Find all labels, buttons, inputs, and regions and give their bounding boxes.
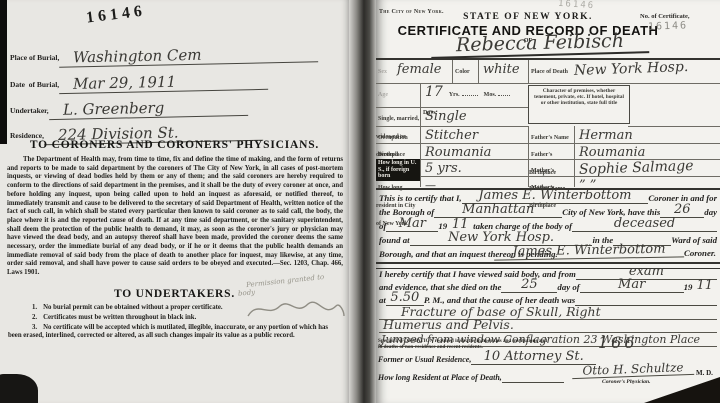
blank-cell bbox=[628, 107, 720, 127]
color-label: Color bbox=[453, 68, 472, 76]
marital-value-cell: Single bbox=[420, 107, 529, 127]
sex-value: female bbox=[393, 62, 441, 77]
undertakers-item-3: 3.No certificate will be accepted which … bbox=[8, 324, 342, 342]
page-fold bbox=[349, 0, 376, 403]
howlong-resident-row: How long Resident at Place of Death, bbox=[378, 370, 564, 383]
mother-name-value-cell: Sophie Salmage bbox=[574, 159, 720, 177]
age-label: Age bbox=[376, 91, 390, 99]
coroner-title: Coroner. bbox=[684, 248, 716, 259]
printed-text: 19 bbox=[684, 282, 693, 293]
nyc-resident-label-cell: How long resident in City of New York bbox=[376, 176, 420, 187]
date-of-burial-label: Date of Burial, bbox=[10, 80, 59, 92]
father-name-label-cell: Father's Name bbox=[528, 126, 575, 144]
occupation-value-cell: Stitcher bbox=[420, 126, 529, 144]
item-text: No certificate will be accepted which is… bbox=[8, 324, 328, 340]
burial-field-row: Place of Burial, Washington Cem bbox=[10, 46, 318, 65]
character-of-premises-box: Character of premises, whether tenement,… bbox=[528, 85, 630, 124]
occupation-value: Stitcher bbox=[421, 128, 478, 143]
item-text: Certificates must be written throughout … bbox=[43, 314, 196, 321]
color-value: white bbox=[479, 62, 520, 77]
burial-field-row: Undertaker, L. Greenberg bbox=[10, 99, 248, 118]
coroner-signature-block: James E. Winterbottom Coroner. bbox=[494, 243, 716, 259]
certificate-number-label: No. of Certificate, bbox=[640, 13, 689, 20]
faint-number-stamp: 16146 bbox=[558, 0, 596, 11]
pencil-scrawl-signature bbox=[246, 296, 346, 322]
borough-handwritten: Manhattan bbox=[434, 202, 562, 218]
undertaker-value: L. Greenberg bbox=[49, 97, 248, 120]
sex-cell: Sex female bbox=[376, 60, 452, 84]
left-page: 16146 Place of Burial, Washington Cem Da… bbox=[0, 0, 349, 403]
place-of-death-label-cell: Place of Death bbox=[528, 60, 571, 84]
age-mos-label: Mos. bbox=[482, 91, 499, 99]
cause-of-death-line: Humerus and Pelvis. bbox=[379, 320, 717, 334]
coroners-instructions-text: The Department of Health may, from time … bbox=[7, 156, 343, 278]
state-of-new-york-heading: STATE OF NEW YORK. bbox=[406, 12, 650, 22]
md-label: M. D. bbox=[696, 369, 713, 377]
binding-shadow-blob bbox=[0, 374, 38, 403]
item-number: 2. bbox=[32, 314, 37, 321]
physician-cert-line: and evidence, that she died on the 25 da… bbox=[379, 280, 717, 293]
item-number: 1. bbox=[32, 304, 37, 311]
coroners-heading: TO CORONERS AND CORONERS' PHYSICIANS. bbox=[0, 139, 349, 151]
case-number-handwritten: 166 bbox=[598, 333, 638, 352]
birthplace-label-cell: Birthplace bbox=[376, 143, 420, 160]
physician-signature-block: Otto H. Schultze bbox=[572, 361, 694, 377]
item-text: No burial permit can be obtained without… bbox=[43, 304, 222, 311]
age-value-cell: 17 Yrs. Mos. Days bbox=[420, 83, 529, 108]
occupation-label-cell: Occupation bbox=[376, 126, 420, 144]
blank-cell bbox=[628, 83, 720, 107]
age-yrs-label: Yrs. bbox=[447, 91, 462, 99]
physician-certification: I hereby certify that I have viewed said… bbox=[379, 267, 717, 347]
decedent-name: Rebecca Feibisch bbox=[431, 29, 650, 59]
color-label-cell: Color bbox=[452, 60, 479, 84]
father-name-value-cell: Herman bbox=[574, 126, 720, 144]
marital-label-cell: Single, married, widowed or divorced bbox=[376, 107, 420, 127]
place-of-death-value-cell: New York Hosp. bbox=[570, 60, 720, 84]
mother-name-label-cell: Mother's Maiden Name bbox=[528, 159, 575, 177]
certificate-number-stamp: 16146 bbox=[85, 2, 147, 27]
former-residence-label: Former or Usual Residence, bbox=[378, 355, 471, 365]
age-label-cell: Age bbox=[376, 83, 420, 108]
occupation-label: Occupation bbox=[376, 134, 410, 142]
place-of-burial-label: Place of Burial, bbox=[10, 53, 59, 65]
father-birthplace-value: Roumania bbox=[575, 145, 645, 160]
place-of-burial-value: Washington Cem bbox=[59, 43, 318, 67]
death-day-handwritten: 25 bbox=[501, 277, 557, 293]
certificate-number-value: 16146 bbox=[648, 20, 688, 32]
age-value: 17 bbox=[421, 84, 443, 100]
cause-of-death-text: Humerus and Pelvis. bbox=[379, 317, 514, 332]
date-of-burial-value: Mar 29, 1911 bbox=[59, 71, 268, 94]
printed-text: of bbox=[379, 221, 386, 232]
father-name-label: Father's Name bbox=[529, 134, 571, 142]
father-name-value: Herman bbox=[575, 128, 633, 143]
right-page: The City of New York. STATE OF NEW YORK.… bbox=[376, 0, 720, 403]
howlong-blank bbox=[502, 372, 564, 383]
body-of-handwritten: deceased bbox=[572, 216, 717, 232]
death-month-handwritten: Mar bbox=[580, 277, 684, 293]
scan-corner-shadow bbox=[644, 377, 720, 403]
vital-statistics-grid: Sex female Color white Place of Death Ne… bbox=[376, 58, 720, 190]
marital-status-value: Single bbox=[421, 109, 467, 124]
place-of-death-label: Place of Death bbox=[529, 68, 570, 76]
former-residence-row: Former or Usual Residence, 10 Attorney S… bbox=[378, 350, 596, 365]
mother-birthplace-value-cell: ” ” bbox=[574, 176, 720, 187]
nyc-resident-value-cell: — bbox=[420, 176, 529, 187]
item-number: 3. bbox=[32, 324, 37, 331]
father-birthplace-label-cell: Father's Birthplace bbox=[528, 143, 575, 160]
burial-field-row: Date of Burial, Mar 29, 1911 bbox=[10, 73, 268, 92]
physician-signature: Otto H. Schultze bbox=[572, 360, 694, 379]
howlong-resident-label: How long Resident at Place of Death, bbox=[378, 373, 502, 383]
mother-birthplace-label-cell: Mother's Birthplace bbox=[528, 176, 575, 187]
character-of-premises-label: Character of premises, whether tenement,… bbox=[529, 86, 629, 108]
sex-label: Sex bbox=[376, 68, 389, 76]
coroner-signature: James E. Winterbottom bbox=[494, 241, 684, 260]
coroners-physician-title: Coroner's Physician. bbox=[602, 379, 651, 385]
printed-text: day of bbox=[557, 282, 579, 293]
us-years-value-cell: 5 yrs. bbox=[420, 159, 529, 177]
father-birthplace-value-cell: Roumania bbox=[574, 143, 720, 160]
birthplace-value-cell: Roumania bbox=[420, 143, 529, 160]
birthplace-value: Roumania bbox=[421, 145, 491, 160]
undertaker-label: Undertaker, bbox=[10, 106, 49, 118]
death-year-handwritten: 11 bbox=[692, 278, 717, 293]
color-value-cell: white bbox=[478, 60, 529, 84]
us-years-label-cell: How long in U. S., if foreign born bbox=[376, 159, 420, 177]
birthplace-label: Birthplace bbox=[376, 151, 407, 159]
place-of-death-value: New York Hosp. bbox=[570, 59, 689, 79]
printed-text: found at bbox=[379, 235, 410, 246]
us-years-value: 5 yrs. bbox=[421, 161, 462, 176]
scan-edge-strip bbox=[0, 0, 7, 144]
